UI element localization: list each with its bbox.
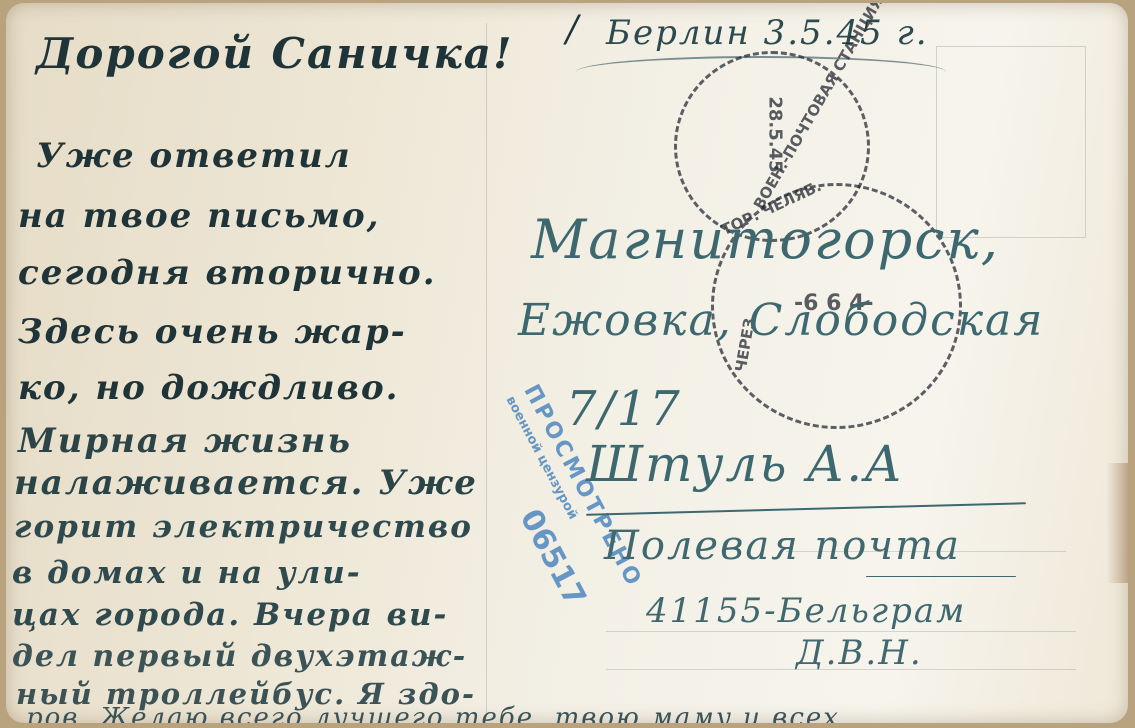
postcard: / Берлин 3.5.45 г. Дорогой Саничка! Уже … — [6, 3, 1128, 723]
edge-stain — [1106, 463, 1128, 583]
sender-underline — [866, 576, 1016, 577]
center-divider-line — [486, 23, 487, 713]
message-line: Уже ответил — [36, 136, 352, 176]
sender-label: Полевая почта — [604, 523, 961, 569]
message-line: Здесь очень жар- — [18, 312, 407, 352]
message-line: горит электричество — [14, 509, 473, 545]
message-line: ко, но дождливо. — [18, 368, 399, 408]
censor-number: 06517 — [513, 504, 593, 613]
message-line: ров. Желаю всего лучшего тебе, твою маму… — [26, 703, 840, 723]
place-date: Берлин 3.5.45 г. — [606, 13, 929, 53]
address-street: Ежовка, Слободская — [518, 295, 1044, 346]
sender-number: 41155-Бельграм — [646, 591, 966, 631]
message-line: дел первый двухэтаж- — [12, 639, 467, 674]
address-house: 7/17 — [566, 381, 682, 437]
salutation: Дорогой Саничка! — [36, 29, 513, 78]
message-line: сегодня вторично. — [18, 253, 437, 293]
message-line: цах города. Вчера ви- — [12, 597, 448, 633]
sender-initials: Д.В.Н. — [796, 633, 923, 673]
address-guide-line — [606, 631, 1076, 632]
message-line: на твое письмо, — [18, 196, 381, 236]
message-line: Мирная жизнь — [18, 421, 352, 461]
message-line: в домах и на ули- — [12, 555, 362, 591]
header-separator: / — [566, 9, 580, 50]
address-recipient: Штуль А.А — [586, 435, 904, 493]
message-line: налаживается. Уже — [14, 463, 478, 503]
postmark-date: 28.5.45 — [765, 96, 786, 172]
address-city: Магнитогорск, — [531, 208, 1000, 271]
